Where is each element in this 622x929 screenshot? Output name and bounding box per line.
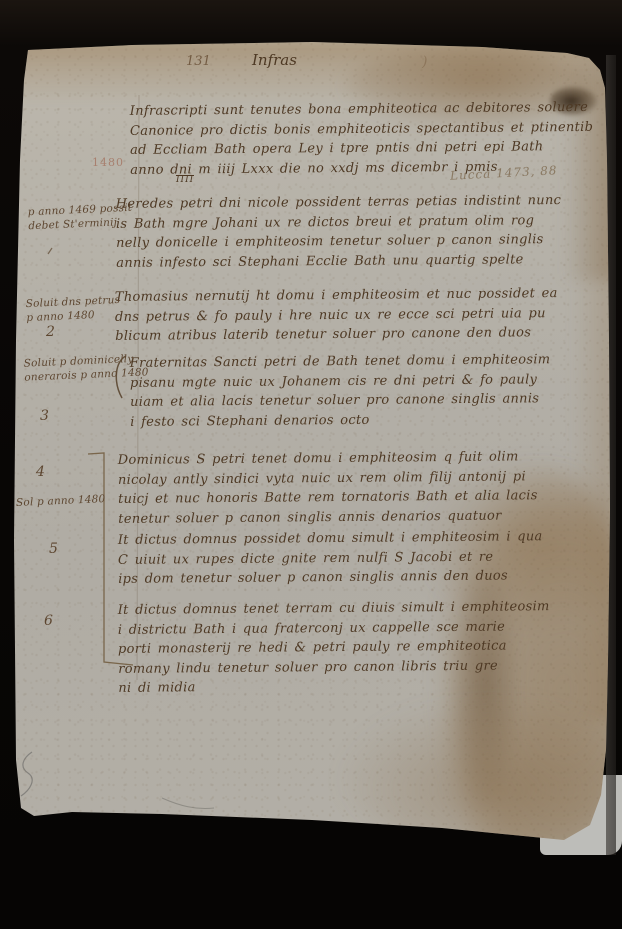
manuscript-page: 131 Infras ) 1480 Lucca 1473, 88 IIII In… [12, 40, 612, 852]
margin-note-1: p anno 1469 possit debet St'erminij [27, 201, 133, 234]
paragraph-item-terra: It dictus domnus tenet terram cu diuis s… [118, 597, 555, 698]
margin-note-3: Soluit p dominicelly onerarois p anno 14… [23, 351, 149, 384]
text-line: ad Eccliam Bath opera Ley i tpre pntis d… [130, 137, 566, 160]
margin-number-3: 3 [40, 408, 49, 424]
margin-tick-1 [48, 248, 52, 254]
margin-number-6: 6 [44, 613, 53, 629]
stain-top-band [18, 40, 606, 104]
folio-number: 131 [186, 54, 211, 69]
paragraph-dominicus: Dominicus S petri tenet domu i emphiteos… [118, 447, 555, 529]
text-line: anno dni m iiij Lxxx die no xxdj ms dice… [130, 157, 566, 180]
fiber-squiggle-bottom [162, 798, 214, 809]
text-line: ni di midia [118, 675, 554, 698]
pencil-year-note: 1480 [92, 156, 124, 169]
paragraph-thomasius: Thomasius nernutij ht domu i emphiteosim… [115, 284, 551, 346]
text-line: romany lindu tenetur soluer pro canon li… [118, 656, 554, 679]
margin-note-line: p anno 1480 [26, 307, 121, 325]
margin-number-4: 4 [36, 464, 45, 480]
fiber-squiggle-left [21, 752, 32, 796]
margin-note-4: Sol p anno 1480 [16, 492, 106, 510]
paragraph-item-domus: It dictus domnus possidet domu simult i … [118, 527, 554, 589]
margin-number-2: 2 [46, 324, 55, 340]
text-line: blicum atribus laterib tenetur soluer pr… [115, 323, 551, 346]
text-line: uiam et alia lacis tenetur soluer pro ca… [130, 389, 566, 412]
text-line: tenetur soluer p canon singlis annis den… [118, 506, 554, 529]
margin-note-line: Sol p anno 1480 [16, 492, 106, 510]
text-line: i festo sci Stephani denarios octo [130, 409, 566, 432]
paragraph-heredes: Heredes petri dni nicole possident terra… [116, 191, 553, 273]
paragraph-fraternitas: Fraternitas Sancti petri de Bath tenet d… [130, 350, 567, 432]
paragraph-intro: Infrascripti sunt tenutes bona emphiteot… [130, 98, 567, 180]
margin-note-2: Soluit dns petrus p anno 1480 [25, 293, 121, 325]
page-heading: Infras [252, 51, 297, 69]
corner-mark: ) [422, 54, 427, 70]
margin-number-5: 5 [49, 541, 58, 557]
text-line: ips dom tenetur soluer p canon singlis a… [118, 566, 554, 589]
text-line: annis infesto sci Stephani Ecclie Bath u… [116, 250, 552, 273]
